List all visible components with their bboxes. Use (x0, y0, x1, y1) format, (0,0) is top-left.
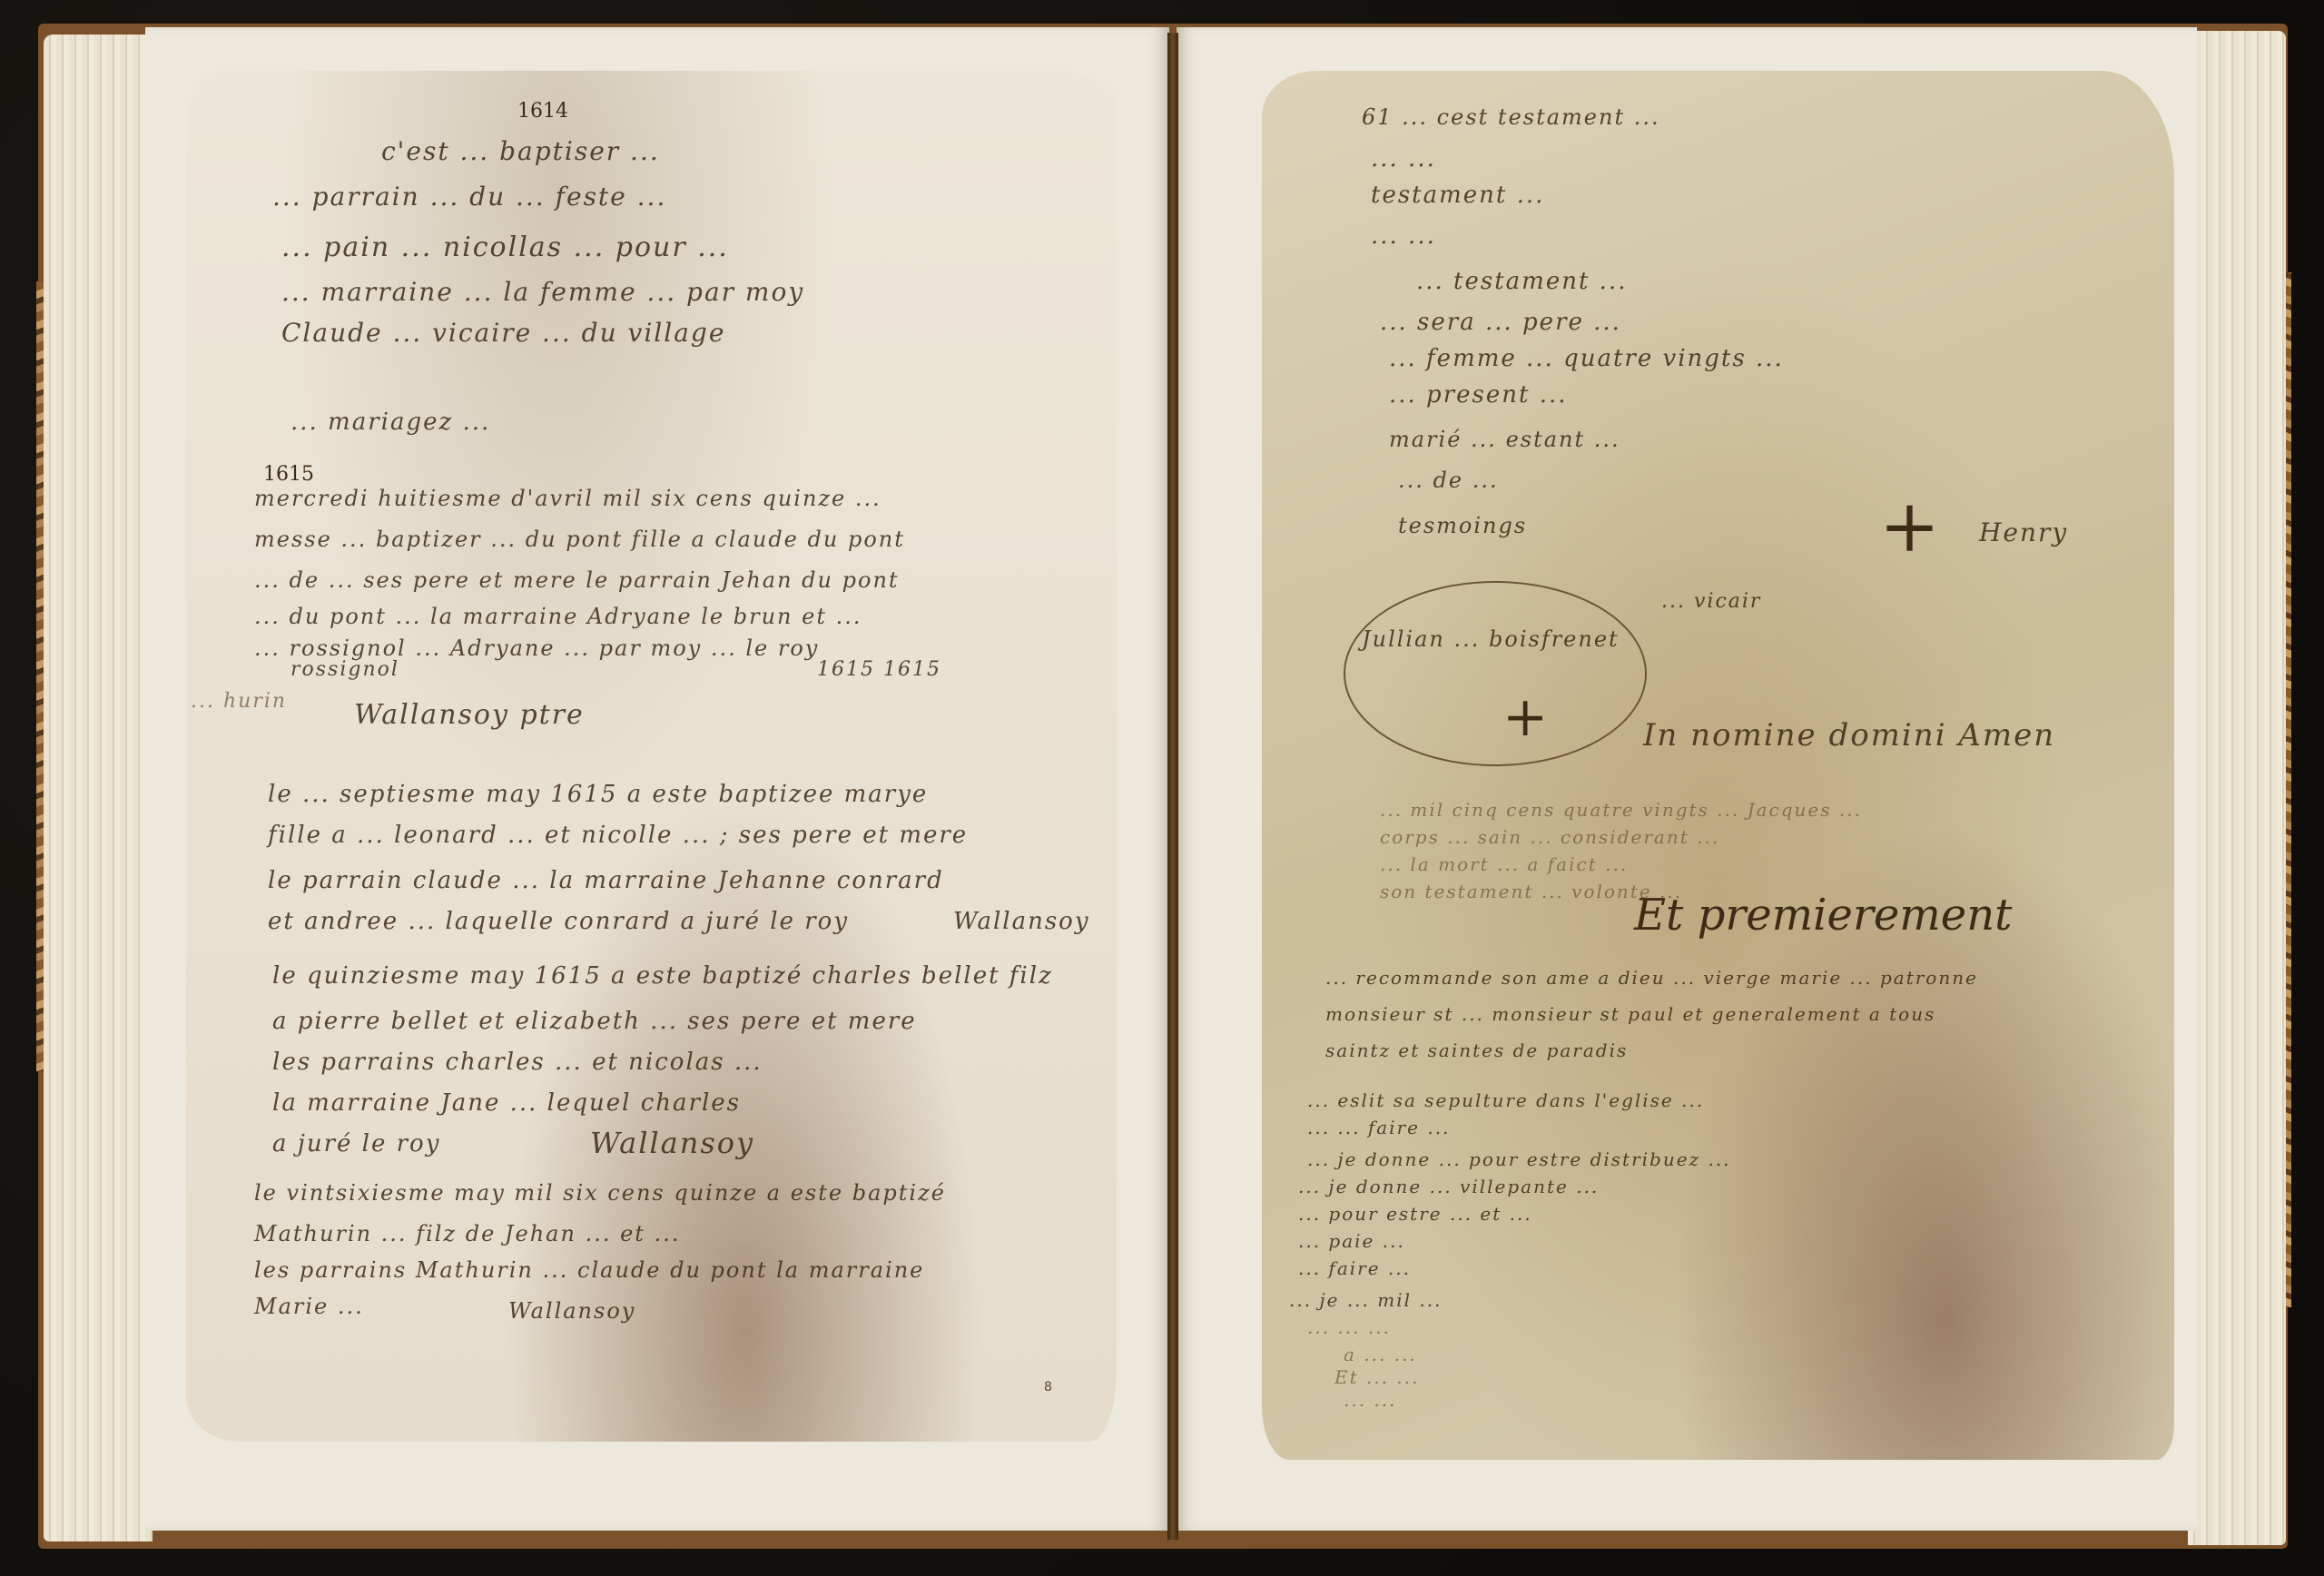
cross-mark: + (1502, 690, 1548, 744)
manuscript-line: ... du pont ... la marraine Adryane le b… (254, 604, 862, 629)
manuscript-line: ... pour estre ... et ... (1298, 1203, 1532, 1225)
manuscript-line: ... ... faire ... (1307, 1117, 1450, 1138)
entry-year: 1615 (263, 463, 314, 486)
manuscript-line: ... eslit sa sepulture dans l'eglise ... (1307, 1089, 1704, 1111)
manuscript-line: rossignol (290, 658, 399, 681)
manuscript-line: saintz et saintes de paradis (1325, 1039, 1628, 1061)
manuscript-line: Mathurin ... filz de Jehan ... et ... (254, 1221, 680, 1246)
manuscript-line: la marraine Jane ... lequel charles (272, 1089, 741, 1117)
manuscript-line: monsieur st ... monsieur st paul et gene… (1325, 1003, 1935, 1025)
manuscript-line: les parrains Mathurin ... claude du pont… (254, 1257, 924, 1283)
page-block-left (44, 34, 153, 1542)
entry-year: 1614 (517, 100, 568, 123)
manuscript-line: ... ... (1371, 145, 1436, 172)
manuscript-line: ... je ... mil ... (1289, 1289, 1442, 1311)
manuscript-line: a ... ... (1344, 1344, 1417, 1365)
manuscript-line: mercredi huitiesme d'avril mil six cens … (254, 486, 881, 511)
manuscript-line: ... faire ... (1298, 1257, 1411, 1279)
manuscript-line: le vintsixiesme may mil six cens quinze … (254, 1180, 946, 1206)
manuscript-line: messe ... baptizer ... du pont fille a c… (254, 527, 905, 552)
margin-note: 1615 1615 (817, 658, 941, 681)
invocation: In nomine domini Amen (1643, 717, 2055, 754)
manuscript-line: le parrain claude ... la marraine Jehann… (268, 867, 944, 894)
manuscript-line: ... pain ... nicollas ... pour ... (281, 231, 729, 263)
manuscript-line: ... de ... ses pere et mere le parrain J… (254, 567, 900, 593)
manuscript-line: testament ... (1371, 182, 1544, 209)
manuscript-line: le quinziesme may 1615 a este baptizé ch… (272, 962, 1053, 990)
manuscript-line: ... de ... (1398, 468, 1499, 493)
manuscript-line: tesmoings (1398, 513, 1527, 538)
manuscript-line: ... mariagez ... (290, 409, 490, 436)
manuscript-line: ... parrain ... du ... feste ... (272, 182, 666, 212)
manuscript-line: a juré le roy (272, 1130, 440, 1157)
manuscript-line: ... recommande son ame a dieu ... vierge… (1325, 967, 1978, 989)
manuscript-line: Marie ... (254, 1294, 364, 1319)
book-gutter (1167, 33, 1178, 1540)
manuscript-line: ... ... (1371, 222, 1436, 250)
signature: Wallansoy ptre (354, 699, 585, 731)
manuscript-line: 61 ... cest testament ... (1362, 104, 1660, 130)
signature-oval (1344, 581, 1647, 766)
signature: ... vicair (1661, 590, 1761, 613)
page-block-right (2188, 31, 2286, 1545)
manuscript-line: ... je donne ... pour estre distribuez .… (1307, 1148, 1731, 1170)
signature: Wallansoy (590, 1126, 754, 1160)
manuscript-line: ... ... (1344, 1389, 1397, 1411)
manuscript-line: Et ... ... (1334, 1366, 1420, 1388)
manuscript-line: ... testament ... (1416, 268, 1627, 295)
manuscript-line: corps ... sain ... considerant ... (1380, 826, 1719, 848)
manuscript-line: ... mil cinq cens quatre vingts ... Jacq… (1380, 799, 1862, 821)
manuscript-line: et andree ... laquelle conrard a juré le… (268, 908, 849, 935)
cross-mark: + (1879, 490, 1940, 563)
manuscript-line: ... je donne ... villepante ... (1298, 1176, 1599, 1197)
manuscript-line: c'est ... baptiser ... (381, 136, 660, 166)
manuscript-line: Claude ... vicaire ... du village (281, 318, 725, 348)
manuscript-line: ... present ... (1389, 381, 1568, 409)
manuscript-line: ... paie ... (1298, 1230, 1405, 1252)
signature: Wallansoy (508, 1298, 635, 1324)
manuscript-line: ... ... ... (1307, 1316, 1391, 1338)
manuscript-line: a pierre bellet et elizabeth ... ses per… (272, 1008, 917, 1035)
boxed-signature: Jullian ... boisfrenet (1362, 626, 1620, 652)
section-heading: Et premierement (1634, 890, 2012, 941)
manuscript-line: le ... septiesme may 1615 a este baptize… (268, 781, 928, 808)
manuscript-line: ... la mort ... a faict ... (1380, 853, 1628, 875)
signature: Wallansoy (953, 908, 1090, 935)
manuscript-line: marié ... estant ... (1389, 427, 1620, 452)
signature: Henry (1979, 517, 2068, 547)
manuscript-line: ... marraine ... la femme ... par moy (281, 277, 804, 307)
manuscript-line: les parrains charles ... et nicolas ... (272, 1049, 763, 1076)
margin-note: ... hurin (191, 690, 287, 713)
manuscript-line: ... rossignol ... Adryane ... par moy ..… (254, 635, 819, 661)
manuscript-line: ... sera ... pere ... (1380, 309, 1621, 336)
page-number: 8 (1044, 1380, 1052, 1394)
manuscript-line: fille a ... leonard ... et nicolle ... ;… (268, 822, 968, 849)
manuscript-line: ... femme ... quatre vingts ... (1389, 345, 1784, 372)
